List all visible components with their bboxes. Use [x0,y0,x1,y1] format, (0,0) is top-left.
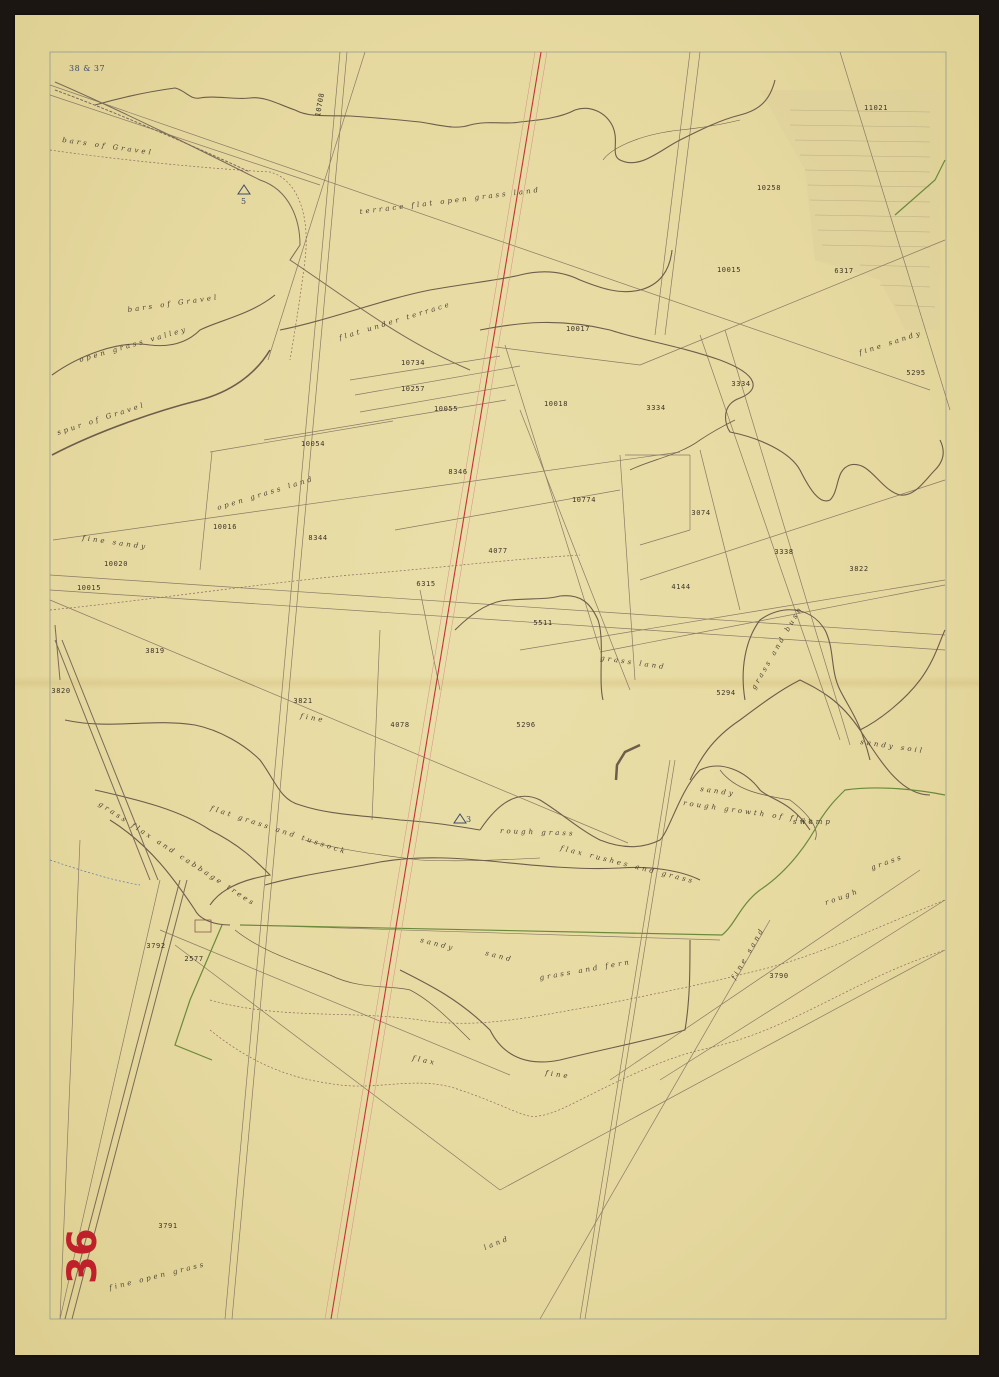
parcel-number: 3820 [51,687,70,695]
map-sheet-viewer: 5 3 38 & 37 36 1070811021102581001563171… [0,0,999,1377]
parcel-number: 2577 [184,955,203,963]
parcel-number: 10258 [757,184,781,192]
land-annotation: swamp [793,818,833,826]
land-annotation: grass [870,853,905,872]
parcel-number: 10015 [717,266,741,274]
parcel-number: 3791 [158,1222,177,1230]
scrub-hatching-area [760,90,940,330]
land-annotation: sand [485,949,515,964]
land-annotation: land [483,1234,511,1252]
creeks [52,80,945,1062]
parcel-number: 10734 [401,359,425,367]
parcel-number: 6317 [834,267,853,275]
land-annotation: rough [824,887,861,907]
parcel-number: 3822 [849,565,868,573]
svg-text:3: 3 [466,815,471,824]
land-annotation: rough grass [500,827,576,838]
parcel-number: 10018 [544,400,568,408]
parcel-number: 10015 [77,584,101,592]
land-annotation: bars of Gravel [127,293,220,314]
parcel-number: 11021 [864,104,888,112]
land-annotation: spur of Gravel [56,401,147,437]
svg-text:5: 5 [241,197,246,206]
land-annotation: fine sandy [81,534,149,551]
land-annotation: flax [411,1054,438,1067]
parcel-number: 10017 [566,325,590,333]
parcel-number: 3334 [646,404,665,412]
parcel-number: 3819 [145,647,164,655]
parcel-number: 3790 [769,972,788,980]
swamp-inlet [616,745,640,780]
parcel-number: 4077 [488,547,507,555]
parcel-number: 3821 [293,697,312,705]
land-annotation: sandy [420,936,457,952]
land-annotation: open grass land [216,475,315,512]
parcel-number: 3074 [691,509,710,517]
sheet-number: 36 [60,1228,106,1284]
railway [55,82,470,1319]
land-annotations: bars of Gravelterrace flat open grass la… [56,136,925,1292]
parcel-number: 10774 [572,496,596,504]
trig-station-5: 5 [238,185,250,206]
parcel-number: 10054 [301,440,325,448]
land-annotation: flat under terrace [337,300,452,342]
land-annotation: fine sandy [857,329,924,357]
parcel-number: 5294 [716,689,735,697]
parcel-number: 10020 [104,560,128,568]
red-survey-line [325,52,547,1319]
roads [175,160,945,1060]
land-annotation: sandy soil [860,738,926,755]
parcel-number: 5511 [533,619,552,627]
parcel-number: 8346 [448,468,467,476]
land-annotation: grass and bush [750,604,805,691]
parcel-number: 5296 [516,721,535,729]
land-annotation: grass and fern [539,958,632,982]
parcel-number: 6315 [416,580,435,588]
land-annotation: flax rushes and grass [559,844,696,886]
land-annotation: fine [299,712,326,724]
parcel-number: 10016 [213,523,237,531]
parcel-number: 10257 [401,385,425,393]
survey-map: 5 3 38 & 37 36 1070811021102581001563171… [0,0,999,1377]
parcel-number: 3338 [774,548,793,556]
land-annotation: fine sand [729,925,766,981]
land-annotation: sandy [700,785,736,798]
parcel-number: 10055 [434,405,458,413]
parcel-number: 4078 [390,721,409,729]
parcel-number: 8344 [308,534,327,542]
sheet-reference-label: 38 & 37 [69,64,105,73]
land-annotation: fine [544,1069,571,1081]
parcel-number: 5295 [906,369,925,377]
land-annotation: fine open grass [108,1260,207,1292]
parcel-number: 10708 [314,92,326,117]
building-plot [195,920,211,932]
parcel-number: 3334 [731,380,750,388]
parcel-number-labels: 1070811021102581001563171001752951073433… [51,92,925,1230]
parcel-number: 3792 [146,942,165,950]
parcel-number: 4144 [671,583,690,591]
trig-station-3: 3 [454,814,471,824]
